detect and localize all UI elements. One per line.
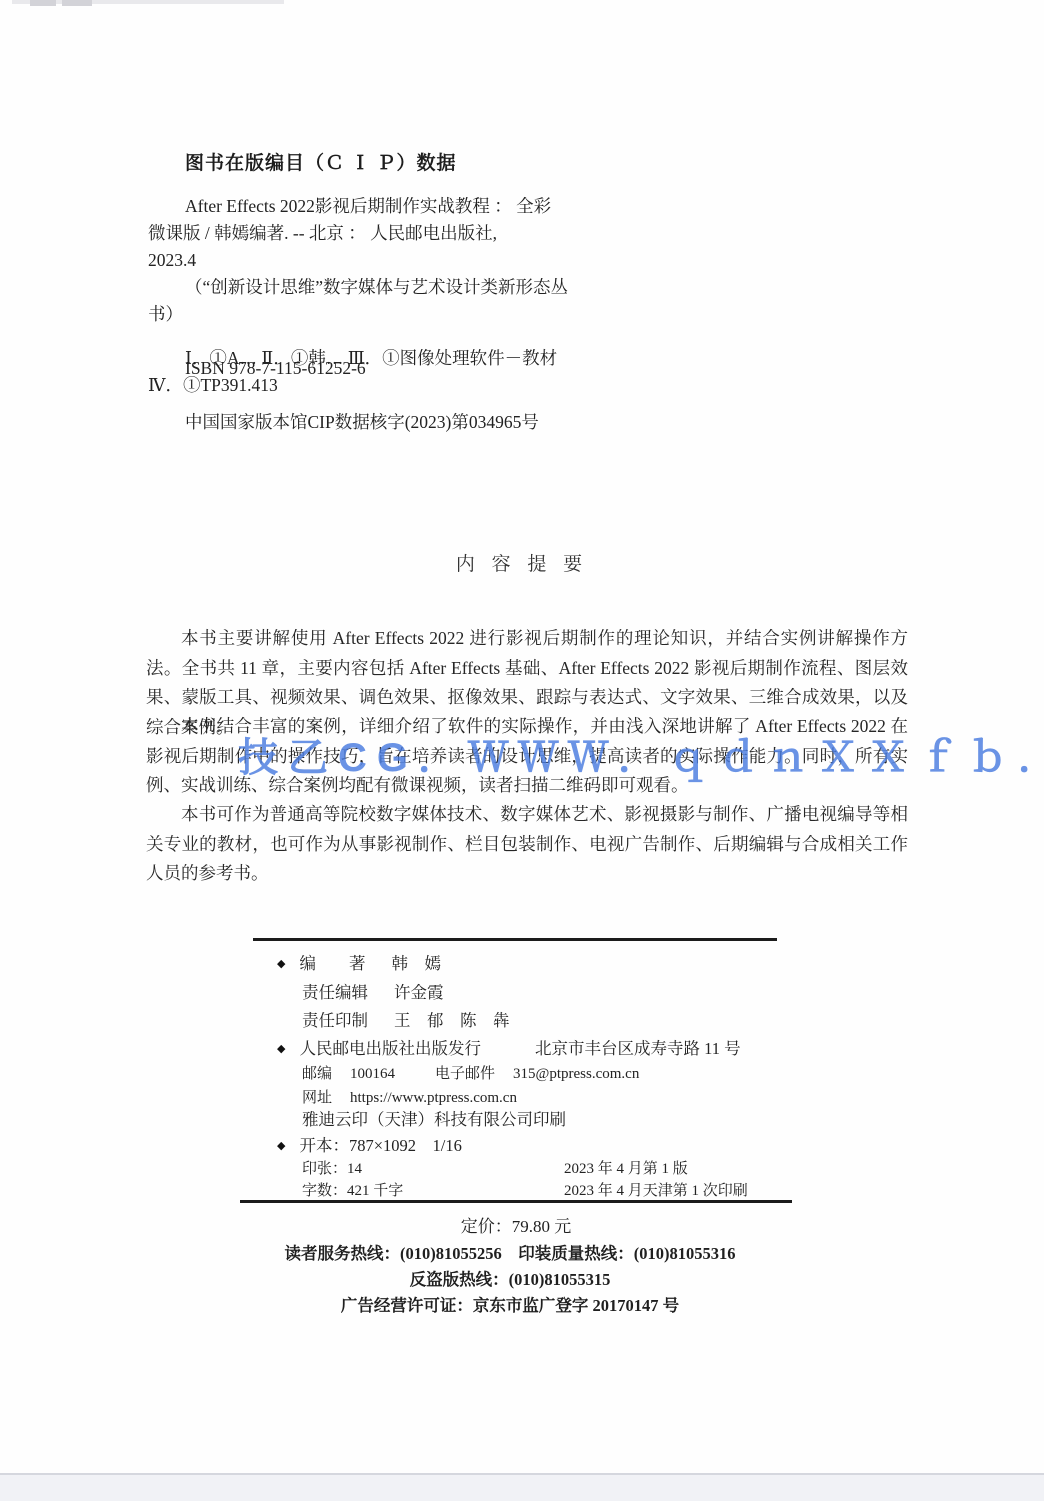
antipiracy-hotline-line: 反盗版热线：(010)81055315 — [0, 1266, 1032, 1290]
format-value: 开本：787×1092 1/16 — [299, 1136, 461, 1155]
resp-printer-value: 王 郁 陈 犇 — [394, 1011, 510, 1030]
price-line: 定价：79.80 元 — [236, 1212, 796, 1237]
format-row: ◆开本：787×1092 1/16 — [277, 1132, 462, 1156]
author-label: 编 著 — [299, 954, 365, 973]
cip-registry: 中国国家版本馆CIP数据核字(2023)第034965号 — [185, 409, 539, 436]
diamond-bullet-icon: ◆ — [277, 1140, 285, 1152]
cip-line-title: After Effects 2022影视后期制作实战教程 ： 全彩 — [148, 193, 568, 220]
author-row: ◆编 著韩 嫣 — [277, 950, 441, 974]
diamond-bullet-icon: ◆ — [277, 1043, 285, 1055]
postcode-label: 邮编 — [302, 1066, 332, 1082]
website-label: 网址 — [302, 1090, 332, 1106]
site-watermark: 技乙CG．ＷＷＷ．ｑｄｎＸＸｆｂ．ｃｎ — [238, 726, 1044, 783]
scan-artifact-tab-1 — [30, 0, 56, 6]
printer-line: 雅迪云印（天津）科技有限公司印刷 — [302, 1106, 566, 1130]
email-label: 电子邮件 — [435, 1066, 495, 1082]
diamond-bullet-icon: ◆ — [277, 958, 285, 970]
website-url: https://www.ptpress.com.cn — [350, 1090, 517, 1106]
sheets-row: 印张：142023 年 4 月第 1 版 — [302, 1157, 362, 1178]
abstract-heading: 内 容 提 要 — [0, 549, 1044, 576]
resp-printer-row: 责任印制王 郁 陈 犇 — [302, 1007, 510, 1031]
resp-printer-label: 责任印制 — [302, 1011, 368, 1030]
resp-editor-value: 许金霞 — [394, 983, 444, 1002]
resp-editor-row: 责任编辑许金霞 — [302, 979, 444, 1003]
words-value: 字数：421 千字 — [302, 1183, 403, 1199]
words-row: 字数：421 千字2023 年 4 月天津第 1 次印刷 — [302, 1179, 403, 1200]
cip-heading: 图书在版编目（Ｃ Ｉ Ｐ）数据 — [185, 148, 457, 175]
colophon-top-rule — [253, 938, 777, 941]
scan-artifact-tab-2 — [62, 0, 92, 6]
resp-editor-label: 责任编辑 — [302, 983, 368, 1002]
publisher-row: ◆人民邮电出版社出版发行北京市丰台区成寿寺路 11 号 — [277, 1035, 481, 1059]
sheets-value: 印张：14 — [302, 1161, 362, 1177]
cip-line-series-end: 书） — [148, 301, 568, 328]
contact-row: 邮编100164电子邮件315@ptpress.com.cn — [302, 1062, 639, 1083]
cip-classification-1: Ⅰ．①A… Ⅱ．①韩… Ⅲ．①图像处理软件－教材 — [148, 345, 557, 372]
book-copyright-page: { "cip": { "heading": "图书在版编目（Ｃ Ｉ Ｐ）数据",… — [0, 0, 1044, 1501]
cip-line-series: （“创新设计思维”数字媒体与艺术设计类新形态丛 — [148, 274, 568, 301]
printing-value: 2023 年 4 月天津第 1 次印刷 — [564, 1179, 748, 1200]
service-hotline-line: 读者服务热线：(010)81055256 印装质量热线：(010)8105531… — [0, 1240, 1032, 1264]
cip-classification-2: Ⅳ．①TP391.413 — [148, 372, 278, 399]
cip-line-author: 微课版 / 韩嫣编著. -- 北京 ： 人民邮电出版社, — [148, 220, 568, 247]
website-row: 网址https://www.ptpress.com.cn — [302, 1086, 517, 1107]
page-bottom-band — [0, 1475, 1044, 1501]
edition-value: 2023 年 4 月第 1 版 — [564, 1157, 688, 1178]
cip-line-year: 2023.4 — [148, 247, 568, 274]
abstract-paragraph-3: 本书可作为普通高等院校数字媒体技术、数字媒体艺术、影视摄影与制作、广播电视编导等… — [146, 800, 908, 889]
publisher-name: 人民邮电出版社出版发行 — [299, 1039, 481, 1058]
author-value: 韩 嫣 — [391, 954, 441, 973]
email-value: 315@ptpress.com.cn — [513, 1066, 639, 1082]
publisher-address: 北京市丰台区成寿寺路 11 号 — [535, 1035, 741, 1059]
colophon-bottom-rule — [240, 1200, 792, 1203]
ad-license-line: 广告经营许可证：京东市监广登字 20170147 号 — [0, 1292, 1032, 1316]
page-background: 图书在版编目（Ｃ Ｉ Ｐ）数据 After Effects 2022影视后期制作… — [0, 0, 1044, 1501]
postcode-value: 100164 — [350, 1066, 395, 1082]
